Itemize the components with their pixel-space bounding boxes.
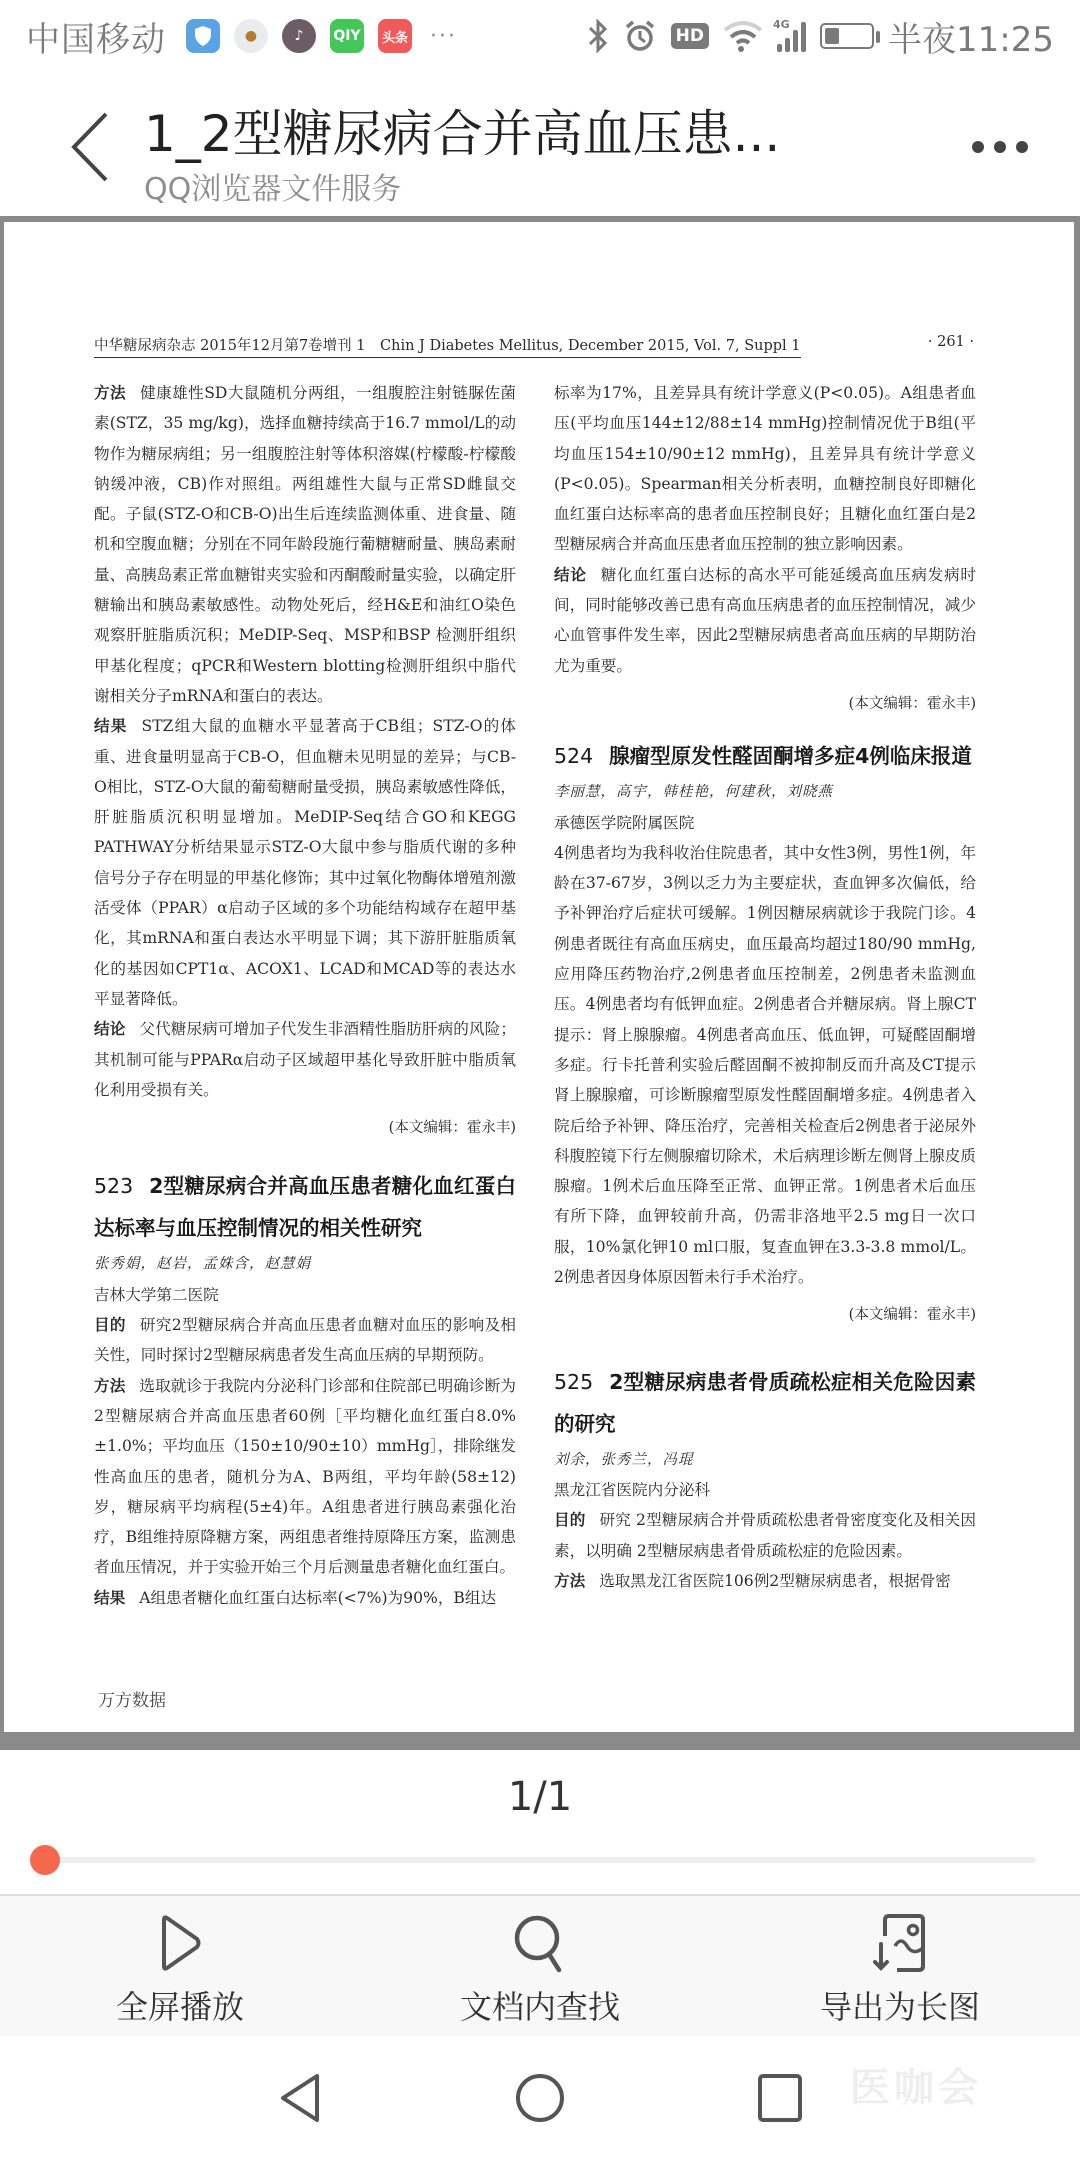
- more-dot-icon: [1016, 141, 1028, 153]
- paragraph-text: 研究2型糖尿病合并高血压患者血糖对血压的影响及相关性，同时探讨2型糖尿病患者发生…: [94, 1316, 516, 1364]
- search-icon: [507, 1910, 573, 1976]
- shield-app-icon: [186, 19, 220, 53]
- toolbar-label: 文档内查找: [460, 1982, 620, 2028]
- authors: 李丽慧，高宇，韩桂艳，何建秋，刘晓燕: [554, 777, 976, 807]
- chevron-left-icon: [68, 110, 112, 184]
- article-number: 524: [554, 744, 593, 768]
- running-head: 中华糖尿病杂志 2015年12月第7卷增刊 1 Chin J Diabetes …: [94, 334, 974, 358]
- article-number: 525: [554, 1370, 593, 1394]
- page-navigator: 1/1: [0, 1750, 1080, 1896]
- triangle-back-icon: [277, 2072, 323, 2124]
- authors: 刘余，张秀兰，冯琨: [554, 1445, 976, 1475]
- article-title-523: 5232型糖尿病合并高血压患者糖化血红蛋白达标率与血压控制情况的相关性研究: [94, 1165, 516, 1249]
- authors: 张秀娟，赵岩，孟姝含，赵慧娟: [94, 1249, 516, 1279]
- export-long-image-button[interactable]: 导出为长图: [720, 1896, 1080, 2036]
- clock: 半夜11:25: [888, 12, 1054, 61]
- document-viewer[interactable]: 中华糖尿病杂志 2015年12月第7卷增刊 1 Chin J Diabetes …: [0, 216, 1080, 1750]
- more-options-button[interactable]: [960, 122, 1040, 172]
- editor-credit: (本文编辑：霍永丰): [94, 1113, 516, 1143]
- network-type-label: 4G: [773, 18, 790, 31]
- results-paragraph: 结果STZ组大鼠的血糖水平显著高于CB组；STZ-O的体重、进食量明显高于CB-…: [94, 711, 516, 1014]
- institution: 承德医学院附属医院: [554, 808, 976, 838]
- circle-home-icon: [514, 2072, 566, 2124]
- article-title-text: 腺瘤型原发性醛固酮增多症4例临床报道: [609, 744, 972, 768]
- toolbar-label: 全屏播放: [116, 1982, 244, 2028]
- article-title-text: 2型糖尿病患者骨质疏松症相关危险因素的研究: [554, 1370, 976, 1436]
- paragraph-text: A组患者糖化血红蛋白达标率(<7%)为90%，B组达: [139, 1589, 496, 1607]
- carrier-name: 中国移动: [26, 12, 166, 61]
- app-header: 1_2型糖尿病合并高血压患... QQ浏览器文件服务: [0, 72, 1080, 216]
- export-image-icon: [867, 1910, 933, 1976]
- results-paragraph: 结果A组患者糖化血红蛋白达标率(<7%)为90%，B组达: [94, 1583, 516, 1613]
- wanfang-watermark: 万方数据: [98, 1686, 166, 1711]
- article-title-text: 2型糖尿病合并高血压患者糖化血红蛋白达标率与血压控制情况的相关性研究: [94, 1174, 516, 1240]
- paragraph-text: 父代糖尿病可增加子代发生非酒精性脂肪肝病的风险；其机制可能与PPARα启动子区域…: [94, 1020, 516, 1099]
- toolbar-label: 导出为长图: [820, 1982, 980, 2028]
- bottom-toolbar: 全屏播放 文档内查找 导出为长图: [0, 1896, 1080, 2036]
- article-number: 523: [94, 1174, 133, 1198]
- institution: 吉林大学第二医院: [94, 1280, 516, 1310]
- methods-paragraph: 方法选取就诊于我院内分泌科门诊部和住院部已明确诊断为2型糖尿病合并高血压患者60…: [94, 1371, 516, 1583]
- article-title-524: 524腺瘤型原发性醛固酮增多症4例临床报道: [554, 735, 976, 777]
- editor-credit: (本文编辑：霍永丰): [554, 1300, 976, 1330]
- document-title: 1_2型糖尿病合并高血压患...: [144, 94, 780, 166]
- alarm-icon: [623, 19, 657, 53]
- paragraph-text: 健康雄性SD大鼠随机分两组，一组腹腔注射链脲佐菌素(STZ，35 mg/kg)，…: [94, 384, 516, 705]
- section-keyword: 方法: [94, 1377, 125, 1395]
- status-bar: 中国移动 ● ♪ QIY 头条 ··· HD 4G 半夜11:25: [0, 0, 1080, 72]
- cellular-signal-icon: 4G: [777, 20, 806, 52]
- conclusion-paragraph: 结论糖化血红蛋白达标的高水平可能延缓高血压病发病时间，同时能够改善已患有高血压病…: [554, 560, 976, 681]
- wifi-icon: [723, 20, 763, 52]
- objective-paragraph: 目的研究2型糖尿病合并高血压患者血糖对血压的影响及相关性，同时探讨2型糖尿病患者…: [94, 1310, 516, 1371]
- square-recents-icon: [756, 2072, 804, 2124]
- section-keyword: 方法: [554, 1572, 585, 1590]
- yikahui-watermark: 医咖会: [850, 2056, 982, 2113]
- left-column: 方法健康雄性SD大鼠随机分两组，一组腹腔注射链脲佐菌素(STZ，35 mg/kg…: [94, 378, 516, 1613]
- nav-back-button[interactable]: [265, 2068, 335, 2128]
- section-keyword: 结论: [94, 1020, 125, 1038]
- paragraph-text: STZ组大鼠的血糖水平显著高于CB组；STZ-O的体重、进食量明显高于CB-O，…: [94, 717, 516, 1008]
- find-in-document-button[interactable]: 文档内查找: [360, 1896, 720, 2036]
- fullscreen-play-button[interactable]: 全屏播放: [0, 1896, 360, 2036]
- bluetooth-icon: [587, 19, 609, 53]
- more-dot-icon: [994, 141, 1006, 153]
- paragraph-text: 糖化血红蛋白达标的高水平可能延缓高血压病发病时间，同时能够改善已患有高血压病患者…: [554, 566, 976, 675]
- more-dot-icon: [972, 141, 984, 153]
- tiktok-app-icon: ♪: [282, 19, 316, 53]
- institution: 黑龙江省医院内分泌科: [554, 1475, 976, 1505]
- nav-recents-button[interactable]: [745, 2068, 815, 2128]
- right-column: 标率为17%，且差异具有统计学意义(P<0.05)。A组患者血压(平均血压144…: [554, 378, 976, 1596]
- paragraph-text: 选取就诊于我院内分泌科门诊部和住院部已明确诊断为2型糖尿病合并高血压患者60例［…: [94, 1377, 516, 1577]
- editor-credit: (本文编辑：霍永丰): [554, 689, 976, 719]
- objective-paragraph: 目的研究 2型糖尿病合并骨质疏松患者骨密度变化及相关因素，以明确 2型糖尿病患者…: [554, 1505, 976, 1566]
- iqiyi-app-icon: QIY: [330, 19, 364, 53]
- document-subtitle: QQ浏览器文件服务: [144, 164, 401, 208]
- section-keyword: 目的: [94, 1316, 126, 1334]
- section-keyword: 结果: [94, 1589, 125, 1607]
- section-keyword: 方法: [94, 384, 126, 402]
- methods-paragraph: 方法健康雄性SD大鼠随机分两组，一组腹腔注射链脲佐菌素(STZ，35 mg/kg…: [94, 378, 516, 711]
- journal-citation: 中华糖尿病杂志 2015年12月第7卷增刊 1 Chin J Diabetes …: [94, 334, 801, 358]
- page-number: · 261 ·: [928, 334, 974, 358]
- page-slider-track[interactable]: [44, 1857, 1036, 1863]
- section-keyword: 结论: [554, 566, 587, 584]
- play-icon: [147, 1910, 213, 1976]
- paragraph-text: 选取黑龙江省医院106例2型糖尿病患者，根据骨密: [599, 1572, 951, 1590]
- document-page[interactable]: 中华糖尿病杂志 2015年12月第7卷增刊 1 Chin J Diabetes …: [4, 222, 1074, 1732]
- battery-icon: [820, 23, 874, 49]
- more-notifications-icon: ···: [430, 24, 457, 49]
- results-continued: 标率为17%，且差异具有统计学意义(P<0.05)。A组患者血压(平均血压144…: [554, 378, 976, 560]
- paragraph-text: 研究 2型糖尿病合并骨质疏松患者骨密度变化及相关因素，以明确 2型糖尿病患者骨质…: [554, 1511, 976, 1559]
- methods-paragraph: 方法选取黑龙江省医院106例2型糖尿病患者，根据骨密: [554, 1566, 976, 1596]
- section-keyword: 目的: [554, 1511, 585, 1529]
- toutiao-app-icon: 头条: [378, 19, 412, 53]
- page-slider-thumb[interactable]: [30, 1845, 60, 1875]
- egg-app-icon: ●: [234, 19, 268, 53]
- system-navigation-bar: 医咖会: [0, 2036, 1080, 2160]
- case-report-body: 4例患者均为我科收治住院患者，其中女性3例，男性1例，年龄在37-67岁，3例以…: [554, 838, 976, 1292]
- section-keyword: 结果: [94, 717, 128, 735]
- page-indicator: 1/1: [0, 1774, 1080, 1820]
- article-title-525: 5252型糖尿病患者骨质疏松症相关危险因素的研究: [554, 1361, 976, 1445]
- conclusion-paragraph: 结论父代糖尿病可增加子代发生非酒精性脂肪肝病的风险；其机制可能与PPARα启动子…: [94, 1014, 516, 1105]
- back-button[interactable]: [60, 102, 120, 192]
- nav-home-button[interactable]: [505, 2068, 575, 2128]
- hd-voice-icon: HD: [671, 23, 709, 49]
